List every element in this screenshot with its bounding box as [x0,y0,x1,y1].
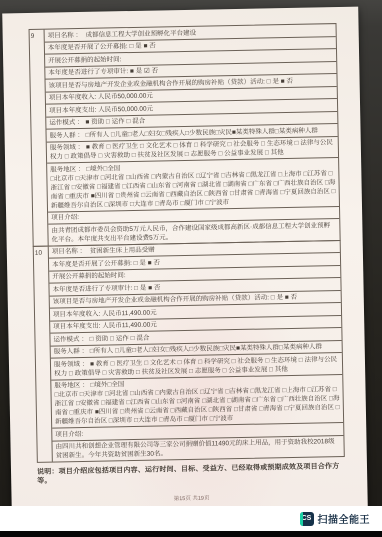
scan-photo-background: 9 项目名称 ： 成都信息工程大学创业预孵化平台建设本年度是否开展了公开募捐: … [0,0,382,537]
project-rows: 项目名称 ： 成都信息工程大学创业预孵化平台建设本年度是否开展了公开募捐: □ … [45,24,340,245]
camscanner-logo-icon: CS [300,512,314,526]
project-block-10: 10 项目名称 ： 贫困新生床上用品受赠本年度是否开展了公开募捐: □ 是 ■ … [33,240,345,463]
project-report-table: 9 项目名称 ： 成都信息工程大学创业预孵化平台建设本年度是否开展了公开募捐: … [29,23,346,507]
project-block-9: 9 项目名称 ： 成都信息工程大学创业预孵化平台建设本年度是否开展了公开募捐: … [29,23,341,246]
watermark-bar: CS 扫描全能王 [0,506,382,531]
form-row: 服务地区 ： □境外□全国 □北京市 □天津市 □河北省 □山西省 □内蒙古自治… [47,158,339,212]
form-row: 由四川共和创想企业管理有限公司等三家公司捐赠价值11490元的床上用品，用于资助… [52,435,343,461]
page-number: 第15页 共19页 [38,492,346,507]
scanned-page: 9 项目名称 ： 成都信息工程大学创业预孵化平台建设本年度是否开展了公开募捐: … [2,7,368,514]
form-footnote: 说明：项目介绍应包括项目内容、运行时间、目标、受益方、已经取得或预期成效及项目合… [37,462,345,486]
form-row: 服务地区 ： □境外□全国 □北京市 □天津市 □河北省 □山西省 □内蒙古自治… [51,375,343,429]
photo-bottom-edge [0,531,382,537]
project-rows: 项目名称 ： 贫困新生床上用品受赠本年度是否开展了公开募捐: □ 是 ■ 否开展… [49,241,344,462]
camscanner-app-name: 扫描全能王 [318,511,371,526]
